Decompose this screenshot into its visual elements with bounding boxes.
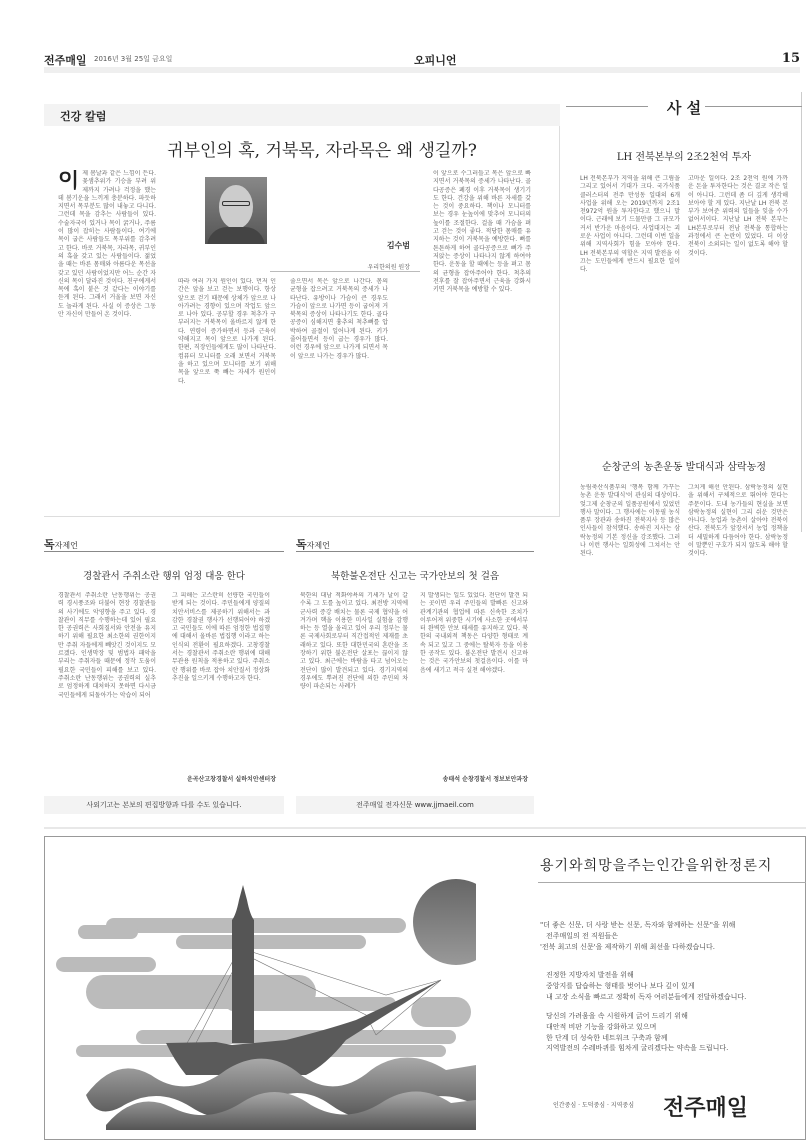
glasses-shape xyxy=(222,201,250,206)
reader-right-title: 북한불온전단 신고는 국가안보의 첫 걸음 xyxy=(296,568,534,582)
contribution-notice: 사외기고는 본보의 편집방향과 다를 수도 있습니다. xyxy=(44,796,284,814)
reader-left-author: 운곡산고창경찰서 실하치안센터장 xyxy=(160,774,276,783)
dropcap: 이 xyxy=(58,170,79,190)
byline-divider xyxy=(270,271,420,272)
reader-left-text-1: 경찰관서 주취소란 난동행위는 공권력 경시풍조와 더불어 현장 경찰관들의 사… xyxy=(58,592,156,762)
ad-line: 진정한 지방자치 발전을 위해 xyxy=(546,970,746,981)
ad-line: "더 좋은 신문, 더 사랑 받는 신문, 독자와 함께하는 신문"을 위해 xyxy=(540,920,735,931)
ad-slogan-title: 용기와희망을주는인간을위한정론지 xyxy=(540,855,772,875)
ad-paragraph-2: 진정한 지방자치 발전을 위해 중앙지를 답습하는 형태를 벗어나 보다 깊이 … xyxy=(546,970,746,1002)
ad-paragraph-3: 당신의 가려움을 속 시원하게 긁어 드리기 위해 대안적 비판 기능을 강화하… xyxy=(546,1011,728,1054)
ad-line: 중앙지를 답습하는 형태를 벗어나 보다 깊이 있게 xyxy=(546,981,746,992)
newspaper-logo: 전주매일 xyxy=(44,52,87,68)
masthead: 전주매일 2016년 3월 25일 금요일 오피니언 15 xyxy=(44,52,800,64)
header-rule xyxy=(44,67,800,73)
ad-logo: 전주매일 xyxy=(663,1091,748,1122)
header-initial: 독 xyxy=(296,538,307,551)
reader-right-author: 송태석 순창경찰서 정보보안과장 xyxy=(400,774,528,783)
editorial-title-2: 순창군의 농촌운동 발대식과 삼락농정 xyxy=(566,458,802,473)
health-column-text-4: 이 앞으로 수그러들고 목은 앞으로 빠지면서 거북목의 증세가 나타난다. 골… xyxy=(433,170,531,500)
health-column-header: 건강 칼럼 xyxy=(44,104,560,126)
ship-illustration xyxy=(56,875,476,1130)
editorial-2-text-2: 그치게 해선 안된다. 삼락농정의 실현을 위해서 구체적으로 뛰어야 한다는 … xyxy=(688,484,788,814)
editorial-1-text-2: 고마운 일이다. 2조 2천억 원에 가까운 돈을 투자한다는 것은 결코 작은… xyxy=(688,175,788,420)
editorial-1-text-1: LH 전북본부가 지역을 위해 큰 그림을 그리고 있어서 기대가 크다. 국가… xyxy=(580,175,680,420)
editorial-2-text-1: 농림축산식품부의 '행복 함께 가꾸는 농촌 운동 발대식'이 관심의 대상이다… xyxy=(580,484,680,814)
header-initial: 독 xyxy=(44,538,55,551)
issue-date: 2016년 3월 25일 금요일 xyxy=(94,54,172,64)
reader-right-text-1: 북한의 대남 적화야욕의 기세가 날이 갈수록 그 도를 높이고 있다. 최전방… xyxy=(300,592,408,762)
ad-motto: 인간중심 · 도덕중심 · 지역중심 xyxy=(553,1100,634,1109)
reader-right-text-2: 지 발생되는 일도 있었다. 전단이 발견 되는 곳이면 우리 주민들의 발빠른… xyxy=(420,592,528,752)
header-rest: 자제언 xyxy=(307,541,330,550)
website-link[interactable]: 전주매일 전자신문 www.jjmaeil.com xyxy=(296,796,534,814)
reader-opinion-header-left: 독자제언 xyxy=(44,536,284,552)
health-column-text-3: 줄으면서 목은 앞으로 나간다. 몸의 균형을 잡으려고 거북목의 증세가 나타… xyxy=(290,278,388,500)
editorial-header: 사 설 xyxy=(566,97,802,118)
ad-line: 내 고장 소식을 빠르고 정확히 독자 여러분들에게 전달하겠습니다. xyxy=(546,992,746,1003)
suit-shape xyxy=(207,227,265,244)
health-column-title: 귀부인의 혹, 거북목, 자라목은 왜 생길까? xyxy=(44,136,560,161)
ad-line: 전주매일의 전 직원들은 xyxy=(540,931,735,942)
reader-left-title: 경찰관서 주취소란 행위 엄정 대응 한다 xyxy=(44,568,284,582)
author-photo xyxy=(205,177,267,244)
author-name: 김수범 xyxy=(300,240,410,251)
ad-paragraph-1: "더 좋은 신문, 더 사랑 받는 신문, 독자와 함께하는 신문"을 위해 전… xyxy=(540,920,735,952)
reader-left-text-2: 그 피해는 고스란히 선량한 국민들이 받게 되는 것이다. 주민들에게 양질의… xyxy=(172,592,270,752)
ad-line: 지역발전의 수레바퀴를 힘차게 굴리겠다는 약속을 드립니다. xyxy=(546,1043,728,1054)
reader-opinion-header-right: 독자제언 xyxy=(296,536,534,552)
health-column-label: 건강 칼럼 xyxy=(60,108,106,124)
health-column-text-2: 따라 여러 가지 원인이 있다. 먼저 인간은 앞을 보고 걷는 보행이다. 항… xyxy=(178,278,276,500)
section-title: 오피니언 xyxy=(414,52,457,68)
ad-line: 당신의 가려움을 속 시원하게 긁어 드리기 위해 xyxy=(546,1011,728,1022)
author-role: 우리한의원 원장 xyxy=(300,262,410,271)
ad-line: '전북 최고의 신문'을 제작하기 위해 최선을 다하겠습니다. xyxy=(540,942,735,953)
health-column-text-1: 이제 봄날과 같은 느낌이 든다. 꽃샘추위가 기승을 부려 위제까지 가려나 … xyxy=(58,170,156,500)
face-shape xyxy=(219,185,253,229)
header-rest: 자제언 xyxy=(55,541,78,550)
ad-title-rule xyxy=(538,882,806,883)
ad-line: 대안적 비판 기능을 강화하고 있으며 xyxy=(546,1022,728,1033)
page-number: 15 xyxy=(782,51,800,66)
section-divider xyxy=(44,827,806,829)
ad-line: 한 단계 더 성숙한 네트워크 구축과 함께 xyxy=(546,1033,728,1044)
editorial-title-1: LH 전북본부의 2조2천억 투자 xyxy=(566,148,802,163)
